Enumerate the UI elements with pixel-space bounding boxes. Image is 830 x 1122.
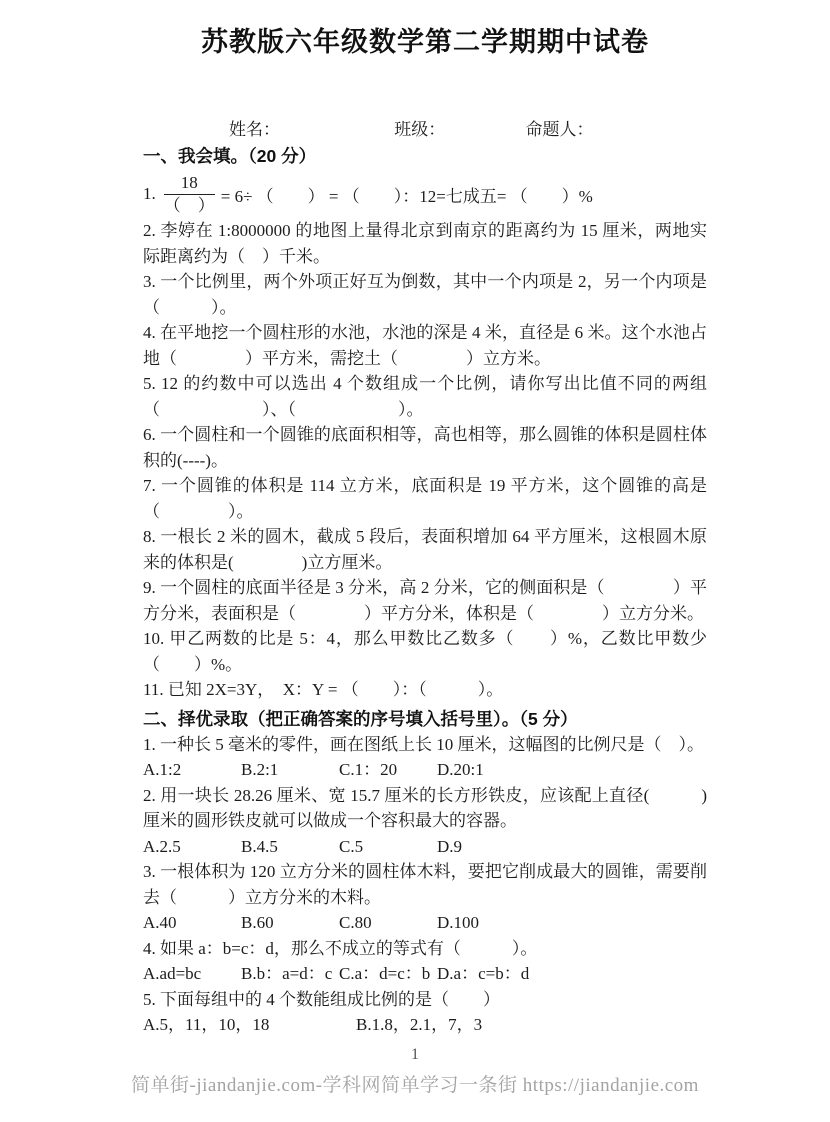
option-c: C.a：d=c：b: [339, 961, 431, 987]
question-number: 1.: [143, 184, 156, 204]
question-1-fill: 1. 18 （ ） = 6÷ （ ） = （ ）：12=七成五= （ ）%: [143, 170, 707, 218]
question-text: 11. 已知 2X=3Y， X：Y = （ ）：（ ）。: [143, 677, 707, 703]
question-text: = 6÷ （ ） = （ ）：12=七成五= （ ）%: [221, 182, 593, 207]
options-row: A.5，11，10，18 B.1.8，2.1，7，3: [143, 1012, 707, 1038]
header-fields-row: 姓名： 班级： 命题人：: [143, 115, 707, 140]
question-text: 3. 一根体积为 120 立方分米的圆柱体木料，要把它削成最大的圆锥，需要削去（…: [143, 859, 707, 910]
choice-question: 5. 下面每组中的 4 个数能组成比例的是（ ） A.5，11，10，18 B.…: [143, 987, 707, 1038]
page-number: 1: [0, 1044, 830, 1066]
option-c: C.80: [339, 910, 431, 936]
option-b: B.b：a=d：c: [241, 961, 333, 987]
question-text: 2. 李婷在 1:8000000 的地图上量得北京到南京的距离约为 15 厘米，…: [143, 218, 707, 269]
question-text: 5. 下面每组中的 4 个数能组成比例的是（ ）: [143, 987, 707, 1013]
question-text: 6. 一个圆柱和一个圆锥的底面积相等，高也相等，那么圆锥的体积是圆柱体积的(--…: [143, 422, 707, 473]
question-text: 1. 一种长 5 毫米的零件，画在图纸上长 10 厘米，这幅图的比例尺是（ ）。: [143, 732, 707, 758]
option-a: A.ad=bc: [143, 961, 235, 987]
question-text: 5. 12 的约数中可以选出 4 个数组成一个比例，请你写出比值不同的两组（ ）…: [143, 371, 707, 422]
examiner-field-label: 命题人：: [526, 115, 594, 140]
option-a: A.1:2: [143, 757, 235, 783]
option-d: D.100: [437, 910, 479, 936]
options-row: A.2.5 B.4.5 C.5 D.9: [143, 834, 707, 860]
section1-heading: 一、我会填。（20 分）: [143, 143, 707, 169]
options-row: A.40 B.60 C.80 D.100: [143, 910, 707, 936]
option-b: B.1.8，2.1，7，3: [356, 1012, 482, 1038]
exam-paper-page: { "doc": { "title": "苏教版六年级数学第二学期期中试卷", …: [0, 0, 830, 1122]
options-row: A.1:2 B.2:1 C.1：20 D.20:1: [143, 757, 707, 783]
question-text: 7. 一个圆锥的体积是 114 立方米，底面积是 19 平方米，这个圆锥的高是（…: [143, 473, 707, 524]
choice-question: 3. 一根体积为 120 立方分米的圆柱体木料，要把它削成最大的圆锥，需要削去（…: [143, 859, 707, 936]
page-title: 苏教版六年级数学第二学期期中试卷: [143, 20, 707, 59]
choice-question: 4. 如果 a：b=c：d，那么不成立的等式有（ ）。 A.ad=bc B.b：…: [143, 936, 707, 987]
option-d: D.a：c=b：d: [437, 961, 529, 987]
choice-question: 2. 用一块长 28.26 厘米、宽 15.7 厘米的长方形铁皮，应该配上直径(…: [143, 783, 707, 860]
options-row: A.ad=bc B.b：a=d：c C.a：d=c：b D.a：c=b：d: [143, 961, 707, 987]
footer-watermark: 简单街-jiandanjie.com-学科网简单学习一条街 https://ji…: [0, 1070, 830, 1097]
option-b: B.60: [241, 910, 333, 936]
choice-question: 1. 一种长 5 毫米的零件，画在图纸上长 10 厘米，这幅图的比例尺是（ ）。…: [143, 732, 707, 783]
exam-sheet: 苏教版六年级数学第二学期期中试卷 姓名： 班级： 命题人： 一、我会填。（20 …: [0, 0, 830, 1038]
question-text: 8. 一根长 2 米的圆木，截成 5 段后，表面积增加 64 平方厘米，这根圆木…: [143, 524, 707, 575]
question-text: 10. 甲乙两数的比是 5：4，那么甲数比乙数多（ ）%，乙数比甲数少（ ）%。: [143, 626, 707, 677]
fraction-blank: 18 （ ）: [164, 172, 215, 216]
page-footer: 1 简单街-jiandanjie.com-学科网简单学习一条街 https://…: [0, 1044, 830, 1097]
section2-heading: 二、择优录取（把正确答案的序号填入括号里）。（5 分）: [143, 706, 707, 732]
option-c: C.1：20: [339, 757, 431, 783]
question-text: 2. 用一块长 28.26 厘米、宽 15.7 厘米的长方形铁皮，应该配上直径(…: [143, 783, 707, 834]
fraction-numerator: 18: [164, 172, 215, 195]
option-d: D.20:1: [437, 757, 484, 783]
option-d: D.9: [437, 834, 462, 860]
question-text: 3. 一个比例里，两个外项正好互为倒数，其中一个内项是 2，另一个内项是（ ）。: [143, 269, 707, 320]
name-field-label: 姓名：: [229, 115, 280, 140]
option-a: A.40: [143, 910, 235, 936]
option-c: C.5: [339, 834, 431, 860]
question-text: 4. 如果 a：b=c：d，那么不成立的等式有（ ）。: [143, 936, 707, 962]
option-a: A.2.5: [143, 834, 235, 860]
question-text: 4. 在平地挖一个圆柱形的水池，水池的深是 4 米，直径是 6 米。这个水池占地…: [143, 320, 707, 371]
class-field-label: 班级：: [394, 115, 445, 140]
question-text: 9. 一个圆柱的底面半径是 3 分米，高 2 分米，它的侧面积是（ ）平方分米，…: [143, 575, 707, 626]
option-b: B.4.5: [241, 834, 333, 860]
fraction-denominator: （ ）: [164, 195, 215, 216]
option-b: B.2:1: [241, 757, 333, 783]
option-a: A.5，11，10，18: [143, 1012, 350, 1038]
